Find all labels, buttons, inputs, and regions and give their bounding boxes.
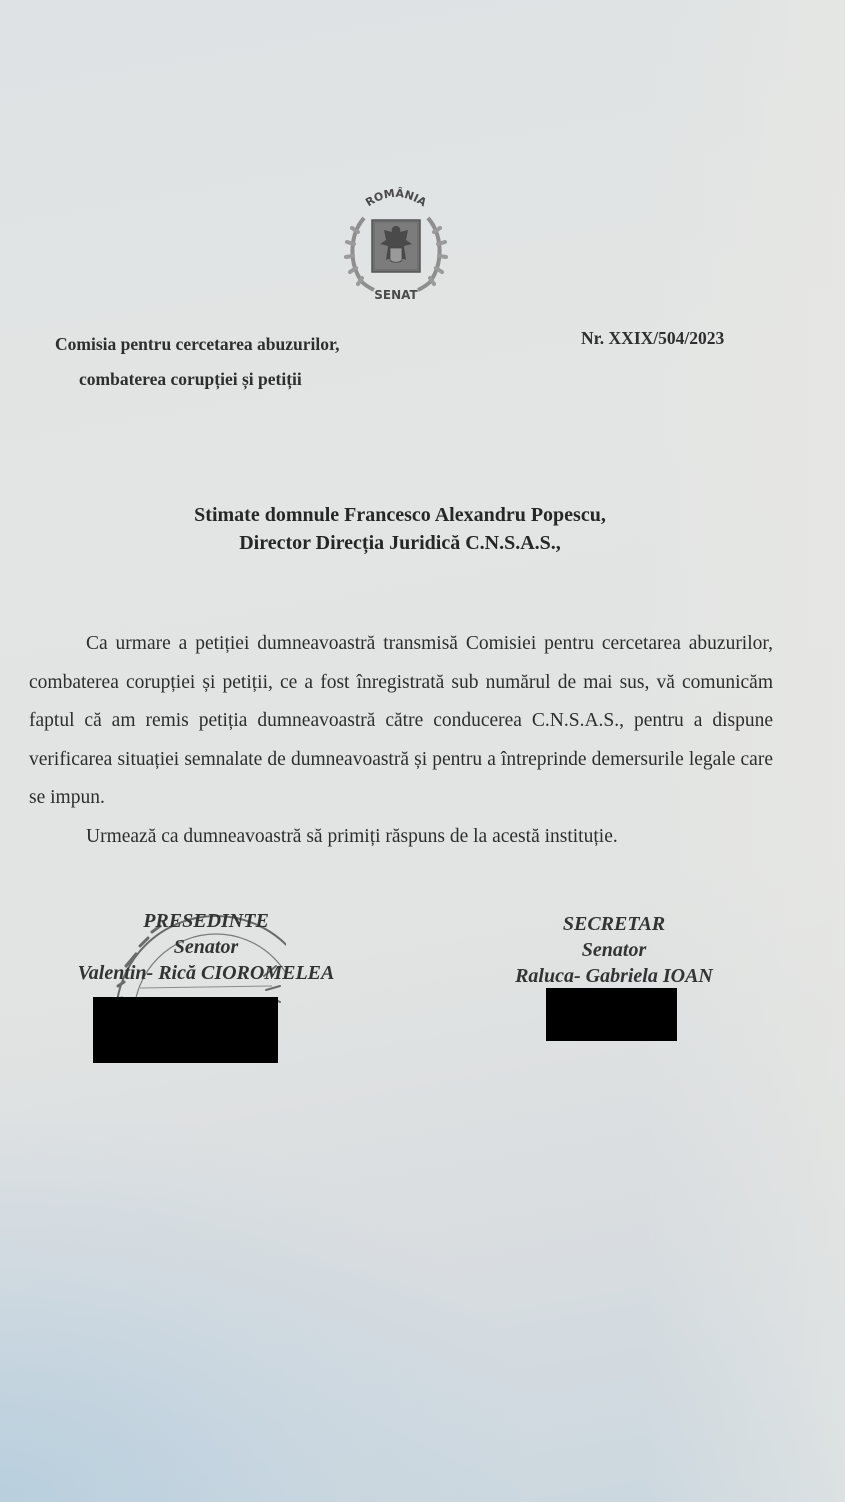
salutation-title: Director Direcția Juridică C.N.S.A.S., [0, 529, 800, 557]
committee-name-line2: combaterea corupției și petiții [55, 362, 340, 397]
senate-emblem: ROMÂNIA SENAT [344, 182, 448, 312]
signature-block-president: PRESEDINTE Senator Valentin- Rică CIOROM… [58, 908, 354, 986]
signatory-name: Raluca- Gabriela IOAN [496, 963, 732, 989]
committee-name: Comisia pentru cercetarea abuzurilor, co… [55, 327, 340, 397]
signature-block-secretary: SECRETAR Senator Raluca- Gabriela IOAN [496, 911, 732, 989]
signatory-name: Valentin- Rică CIOROMELEA [58, 960, 354, 986]
body-paragraph: Urmează ca dumneavoastră să primiți răsp… [29, 818, 773, 857]
signatory-role: PRESEDINTE [58, 908, 354, 934]
romania-senate-coat-of-arms-icon: ROMÂNIA SENAT [344, 182, 448, 312]
signatory-role: SECRETAR [496, 911, 732, 937]
paper-shadow [0, 1122, 520, 1502]
registration-number: Nr. XXIX/504/2023 [581, 328, 724, 349]
document-page: ROMÂNIA SENAT Comisia pentru cercetarea … [0, 0, 845, 1502]
letter-body: Ca urmare a petiției dumneavoastră trans… [29, 625, 773, 856]
svg-text:ROMÂNIA: ROMÂNIA [363, 187, 429, 210]
body-paragraph: Ca urmare a petiției dumneavoastră trans… [29, 625, 773, 818]
signatory-title: Senator [496, 937, 732, 963]
svg-text:SENAT: SENAT [374, 288, 418, 302]
signatory-title: Senator [58, 934, 354, 960]
salutation: Stimate domnule Francesco Alexandru Pope… [0, 501, 800, 557]
redacted-signature-president [93, 997, 278, 1063]
redacted-signature-secretary [546, 988, 677, 1041]
committee-name-line1: Comisia pentru cercetarea abuzurilor, [55, 327, 340, 362]
salutation-recipient: Stimate domnule Francesco Alexandru Pope… [0, 501, 800, 529]
